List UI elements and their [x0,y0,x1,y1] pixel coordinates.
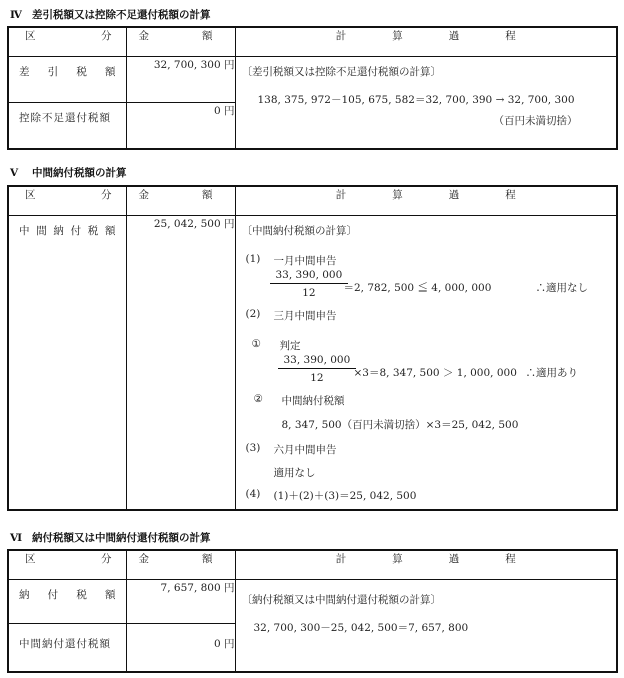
header-row: 区分 金額 計算過程 [8,186,617,216]
section-6-table: 区分 金額 計算過程 納付税額 7, 657, 800 円 〔納付税額又は中間納… [7,549,618,673]
row-amount: 25, 042, 500 円 [126,216,235,511]
row-label: 差引税額 [8,57,126,103]
header-row: 区分 金額 計算過程 [8,550,617,580]
process-cell: 〔差引税額又は控除不足還付税額の計算〕 138, 375, 972－105, 6… [235,57,617,150]
process-heading: 〔差引税額又は控除不足還付税額の計算〕 [242,64,442,79]
process-cell: 〔中間納付税額の計算〕 (1) 一月中間申告 33, 390, 00012 ＝2… [235,216,617,511]
process-line: 138, 375, 972－105, 675, 582＝32, 700, 390… [258,92,575,107]
header-amount: 金額 [126,186,235,216]
header-row: 区分 金額 計算過程 [8,27,617,57]
process-heading: 〔中間納付税額の計算〕 [242,223,358,238]
row-amount: 0 円 [126,103,235,150]
process-line: 32, 700, 300－25, 042, 500＝7, 657, 800 [254,620,469,635]
row-label: 中間納付還付税額 [8,624,126,673]
header-process: 計算過程 [235,186,617,216]
row-amount: 7, 657, 800 円 [126,580,235,624]
row-label: 納付税額 [8,580,126,624]
process-heading: 〔納付税額又は中間納付還付税額の計算〕 [242,592,442,607]
section-4-table: 区分 金額 計算過程 差引税額 32, 700, 300 円 〔差引税額又は控除… [7,26,618,150]
header-amount: 金額 [126,550,235,580]
table-row: 納付税額 7, 657, 800 円 〔納付税額又は中間納付還付税額の計算〕 3… [8,580,617,624]
process-note: （百円未満切捨） [494,113,578,128]
row-amount: 32, 700, 300 円 [126,57,235,103]
row-label: 中間納付税額 [8,216,126,511]
fraction: 33, 390, 00012 [278,354,357,384]
header-process: 計算過程 [235,27,617,57]
fraction: 33, 390, 00012 [270,269,349,299]
header-amount: 金額 [126,27,235,57]
header-category: 区分 [8,550,126,580]
row-amount: 0 円 [126,624,235,673]
header-process: 計算過程 [235,550,617,580]
header-category: 区分 [8,27,126,57]
header-category: 区分 [8,186,126,216]
section-6-title: Ⅵ納付税額又は中間納付還付税額の計算 [10,530,211,545]
table-row: 中間納付税額 25, 042, 500 円 〔中間納付税額の計算〕 (1) 一月… [8,216,617,511]
row-label: 控除不足還付税額 [8,103,126,150]
section-5-title: Ⅴ中間納付税額の計算 [10,165,127,180]
table-row: 差引税額 32, 700, 300 円 〔差引税額又は控除不足還付税額の計算〕 … [8,57,617,103]
process-cell: 〔納付税額又は中間納付還付税額の計算〕 32, 700, 300－25, 042… [235,580,617,673]
section-5-table: 区分 金額 計算過程 中間納付税額 25, 042, 500 円 〔中間納付税額… [7,185,618,511]
section-4-title: Ⅳ差引税額又は控除不足還付税額の計算 [10,7,211,22]
